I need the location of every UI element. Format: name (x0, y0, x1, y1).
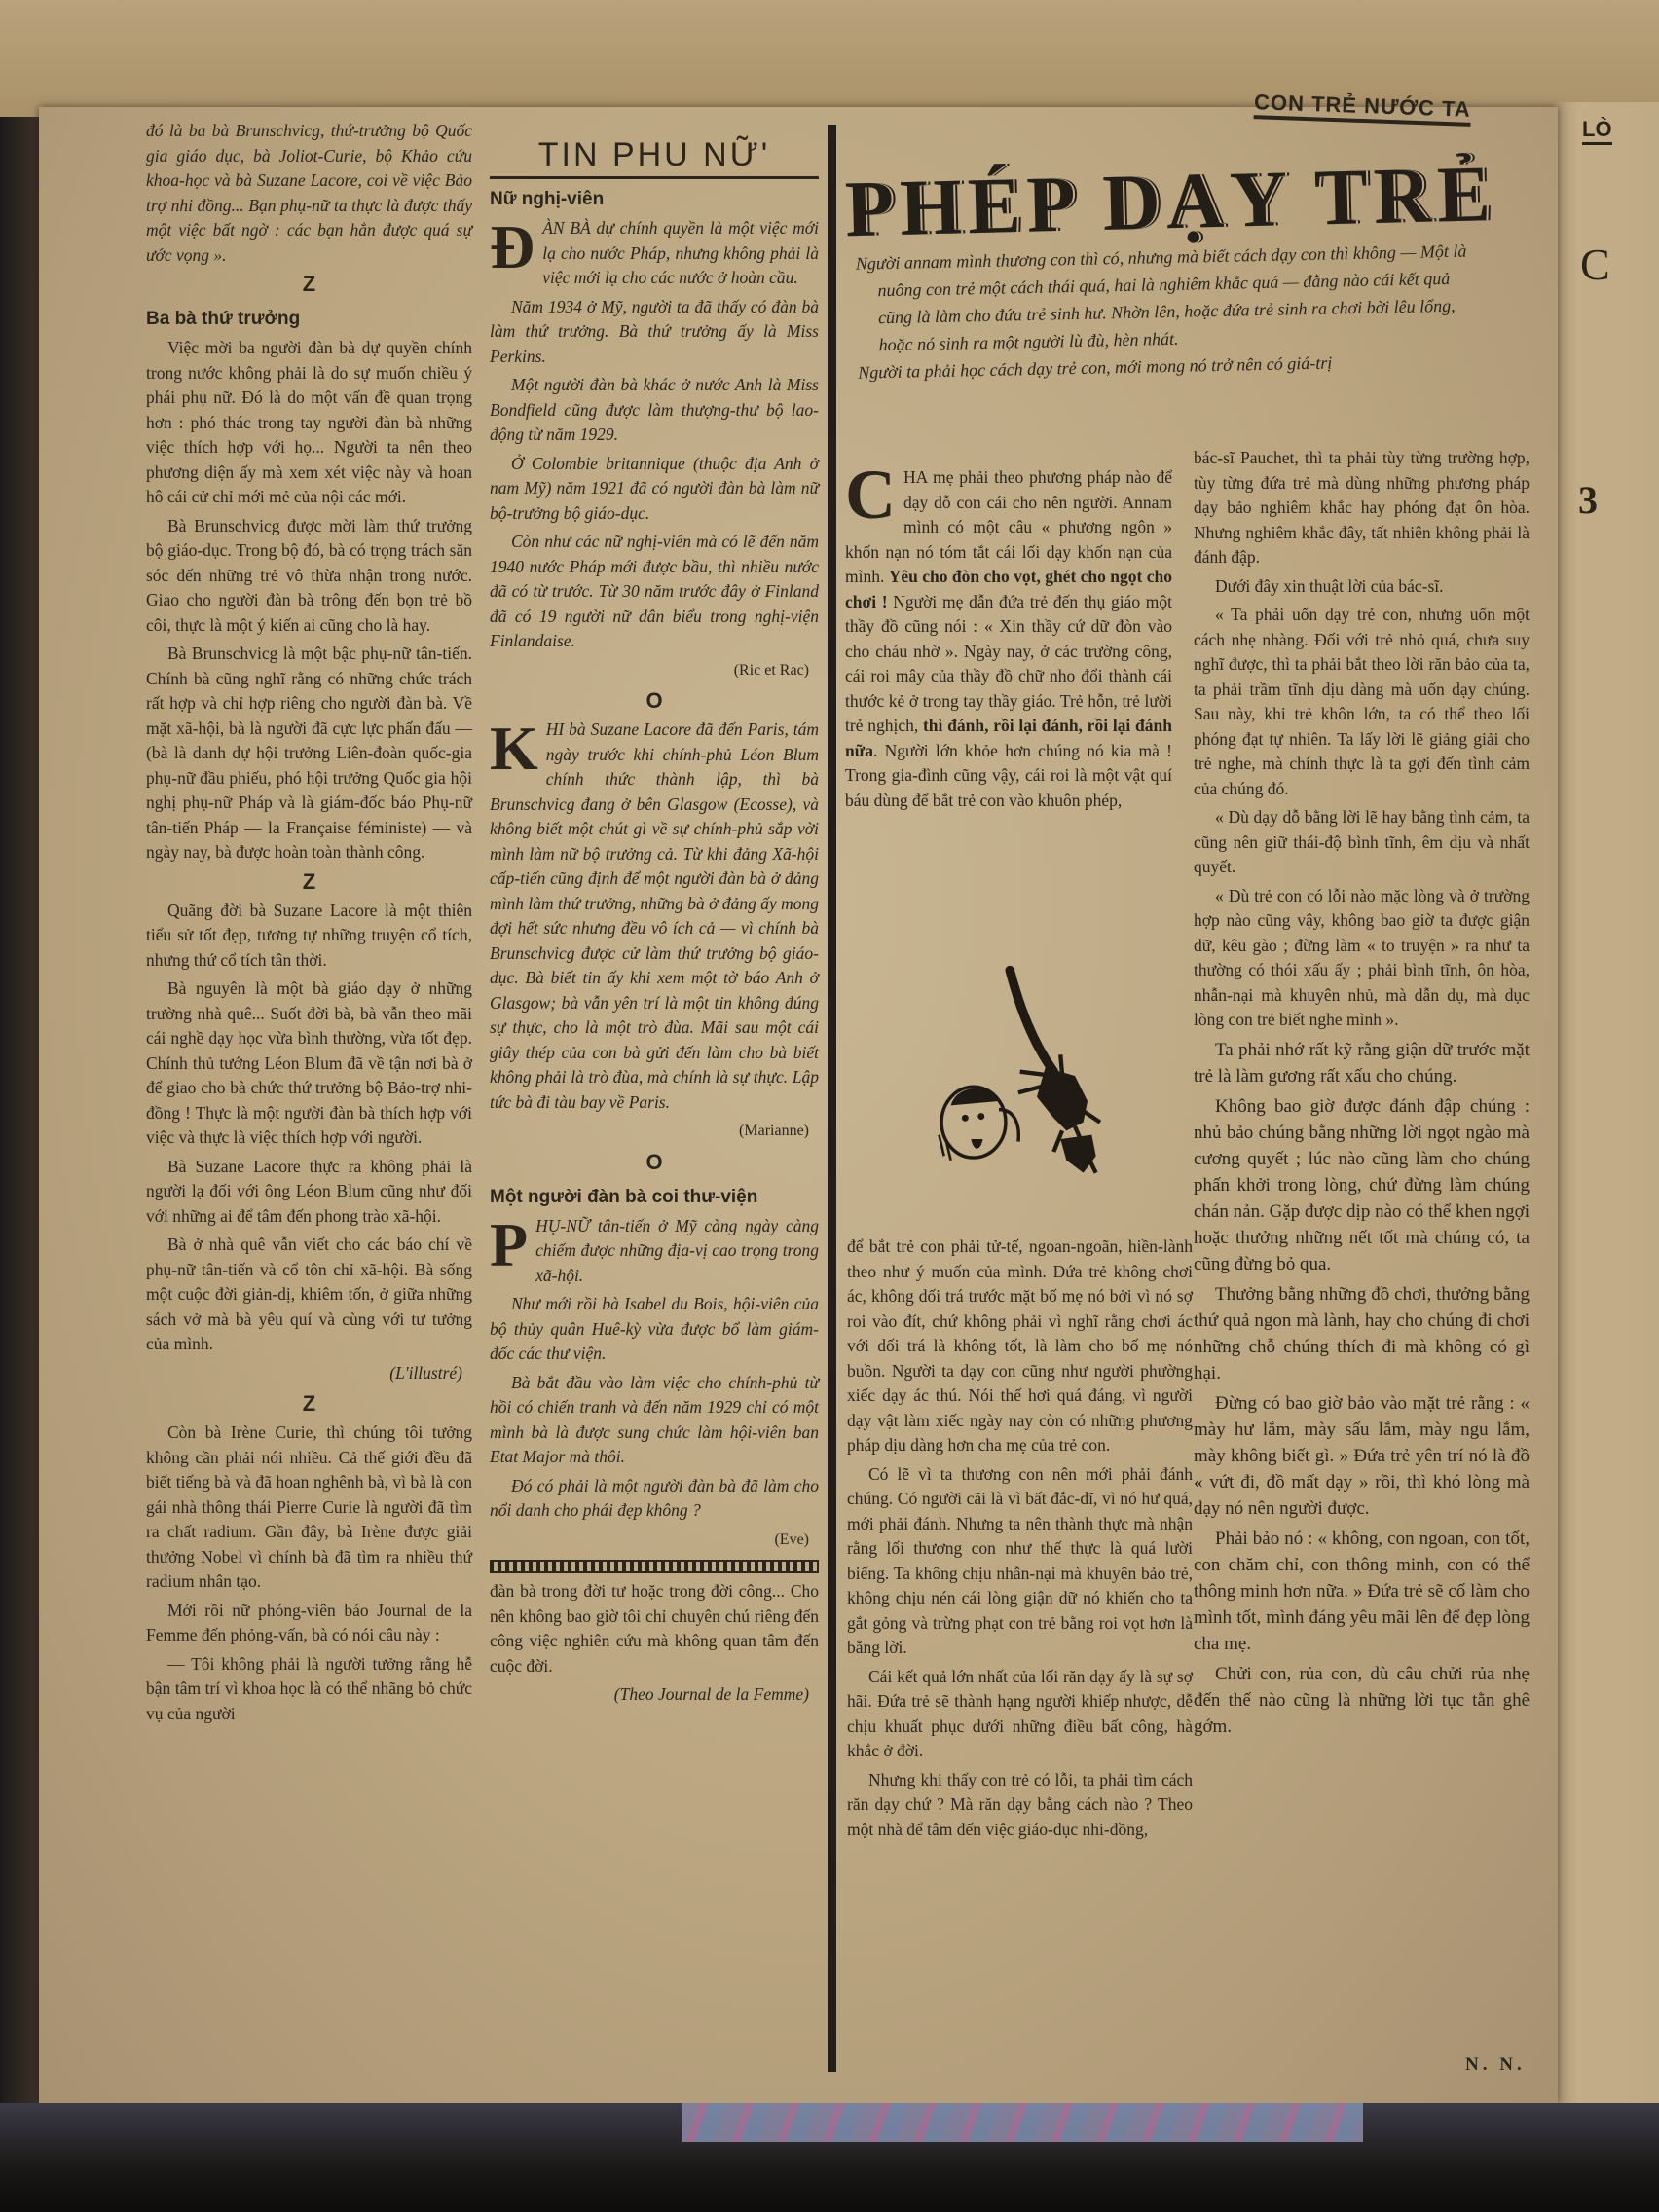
intro-paragraph: đó là ba bà Brunschvicg, thứ-trưởng bộ Q… (146, 119, 472, 268)
news-column: TIN PHU NỮ' Nữ nghị-viên ĐÀN BÀ dự chính… (490, 136, 819, 1714)
section-separator: Z (146, 869, 472, 895)
paragraph: Bà bắt đầu vào làm việc cho chính-phủ từ… (490, 1371, 819, 1470)
text-segment: Người mẹ dẫn đứa trẻ đến thụ giáo một th… (845, 592, 1172, 736)
text-segment: . Người lớn khỏe hơn chúng nó kia mà ! T… (845, 741, 1172, 810)
section-title: TIN PHU NỮ' (490, 136, 819, 179)
story-nu-nghi-vien: ĐÀN BÀ dự chính quyền là một việc mới lạ… (490, 216, 819, 654)
continuation-paragraph: đàn bà trong đời tư hoặc trong đời công.… (490, 1579, 819, 1678)
child-and-switch-illustration (920, 949, 1154, 1202)
feature-column-a: C HA mẹ phải theo phương pháp nào để dạy… (845, 465, 1172, 817)
drop-cap: C (845, 465, 896, 524)
source-credit: (L'illustré) (146, 1361, 462, 1386)
feature-deck: Người annam mình thương con thì có, nhưn… (856, 237, 1482, 386)
cloth-background (0, 2103, 1659, 2212)
paragraph: Có lẽ vì ta thương con nên mới phải đánh… (847, 1462, 1193, 1661)
feature-column-c: bác-sĩ Pauchet, thì ta phải tùy từng trư… (1194, 446, 1530, 1744)
story-brunschvicg: KHI bà Suzane Lacore đã đến Paris, tám n… (490, 718, 819, 1115)
paragraph: Việc mời ba người đàn bà dự quyền chính … (146, 336, 472, 510)
drop-cap: P (490, 1218, 528, 1272)
story-subhead: Nữ nghị-viên (490, 189, 819, 210)
paragraph: Ta phải nhớ rất kỹ rằng giận dữ trước mặ… (1194, 1037, 1530, 1089)
paragraph: Còn như các nữ nghị-viên mà có lẽ đến nă… (490, 530, 819, 654)
section-separator: Z (146, 1391, 472, 1417)
paragraph: Mới rồi nữ phóng-viên báo Journal de la … (146, 1599, 472, 1648)
next-page-letter: 3 (1578, 477, 1598, 523)
paragraph: Năm 1934 ở Mỹ, người ta đã thấy có đàn b… (490, 295, 819, 370)
paragraph: Bà ở nhà quê vẫn viết cho các báo chí về… (146, 1233, 472, 1357)
paragraph: Cái kết quả lớn nhất của lối răn dạy ấy … (847, 1665, 1193, 1764)
paragraph: « Dù trẻ con có lỗi nào mặc lòng và ở tr… (1194, 884, 1530, 1033)
source-credit: (Theo Journal de la Femme) (490, 1682, 809, 1708)
paragraph: Quãng đời bà Suzane Lacore là một thiên … (146, 899, 472, 974)
story-lead: ÀN BÀ dự chính quyền là một việc mới lạ … (542, 218, 819, 287)
source-credit: (Eve) (490, 1528, 809, 1553)
paragraph: bác-sĩ Pauchet, thì ta phải tùy từng trư… (1194, 446, 1530, 571)
paragraph: Không bao giờ được đánh đập chúng : nhủ … (1194, 1093, 1530, 1277)
drop-cap: K (490, 721, 538, 776)
source-credit: (Marianne) (490, 1119, 809, 1144)
next-page-kicker: LÒ (1582, 117, 1612, 145)
story-lead: HI bà Suzane Lacore đã đến Paris, tám ng… (490, 719, 819, 1112)
paragraph: để bắt trẻ con phải tử-tế, ngoan-ngoãn, … (847, 1235, 1193, 1458)
story-thu-vien: PHỤ-NỮ tân-tiến ở Mỹ càng ngày càng chiế… (490, 1214, 819, 1524)
section-separator: Z (146, 272, 472, 297)
wavy-divider (490, 1560, 819, 1573)
source-credit: (Ric et Rac) (490, 658, 809, 683)
story-lead: HỤ-NỮ tân-tiến ở Mỹ càng ngày càng chiếm… (535, 1216, 819, 1285)
drop-cap: Đ (490, 220, 535, 275)
next-page-edge: LÒ C 3 (1553, 102, 1659, 2108)
paragraph: Bà Suzane Lacore thực ra không phải là n… (146, 1155, 472, 1230)
paragraph: Bà Brunschvicg được mời làm thứ trưởng b… (146, 514, 472, 639)
section-separator: O (490, 688, 819, 714)
paragraph: Còn bà Irène Curie, thì chúng tôi tưởng … (146, 1420, 472, 1595)
feature-column-b: để bắt trẻ con phải tử-tế, ngoan-ngoãn, … (847, 1235, 1193, 1846)
deck-paragraph: Người annam mình thương con thì có, nhưn… (856, 237, 1481, 358)
left-column-article: đó là ba bà Brunschvicg, thứ-trưởng bộ Q… (146, 119, 472, 1730)
paragraph: Ở Colombie britannique (thuộc địa Anh ở … (490, 452, 819, 527)
section-separator: O (490, 1150, 819, 1175)
marbled-endpaper (682, 2103, 1363, 2142)
paragraph: Bà nguyên là một bà giáo dạy ở những trư… (146, 977, 472, 1151)
paragraph: « Ta phải uốn dạy trẻ con, nhưng uốn một… (1194, 603, 1530, 801)
story-subhead: Một người đàn bà coi thư-viện (490, 1187, 819, 1208)
author-signature: N. N. (1465, 2054, 1526, 2076)
paragraph: Như mới rồi bà Isabel du Bois, hội-viên … (490, 1292, 819, 1367)
paragraph: Dưới đây xin thuật lời của bác-sĩ. (1194, 574, 1530, 600)
paragraph: — Tôi không phải là người tưởng rằng hễ … (146, 1652, 472, 1727)
next-page-letter: C (1580, 239, 1610, 290)
paragraph: Một người đàn bà khác ở nước Anh là Miss… (490, 373, 819, 448)
paragraph: Thưởng bằng những đồ chơi, thưởng bằng t… (1194, 1281, 1530, 1386)
paragraph: Bà Brunschvicg là một bậc phụ-nữ tân-tiế… (146, 642, 472, 866)
paragraph: Đừng có bao giờ bảo vào mặt trẻ rằng : «… (1194, 1390, 1530, 1522)
paragraph: Đó có phải là một người đàn bà đã làm ch… (490, 1474, 819, 1524)
paragraph: Chửi con, rủa con, dù câu chửi rủa nhẹ đ… (1194, 1661, 1530, 1740)
paragraph: « Dù dạy dỗ bằng lời lẽ hay bằng tình cả… (1194, 805, 1530, 880)
subhead: Ba bà thứ trưởng (146, 309, 472, 330)
paragraph: Nhưng khi thấy con trẻ có lỗi, ta phải t… (847, 1768, 1193, 1843)
paragraph: Phải bảo nó : « không, con ngoan, con tố… (1194, 1526, 1530, 1657)
column-rule (828, 125, 836, 2072)
